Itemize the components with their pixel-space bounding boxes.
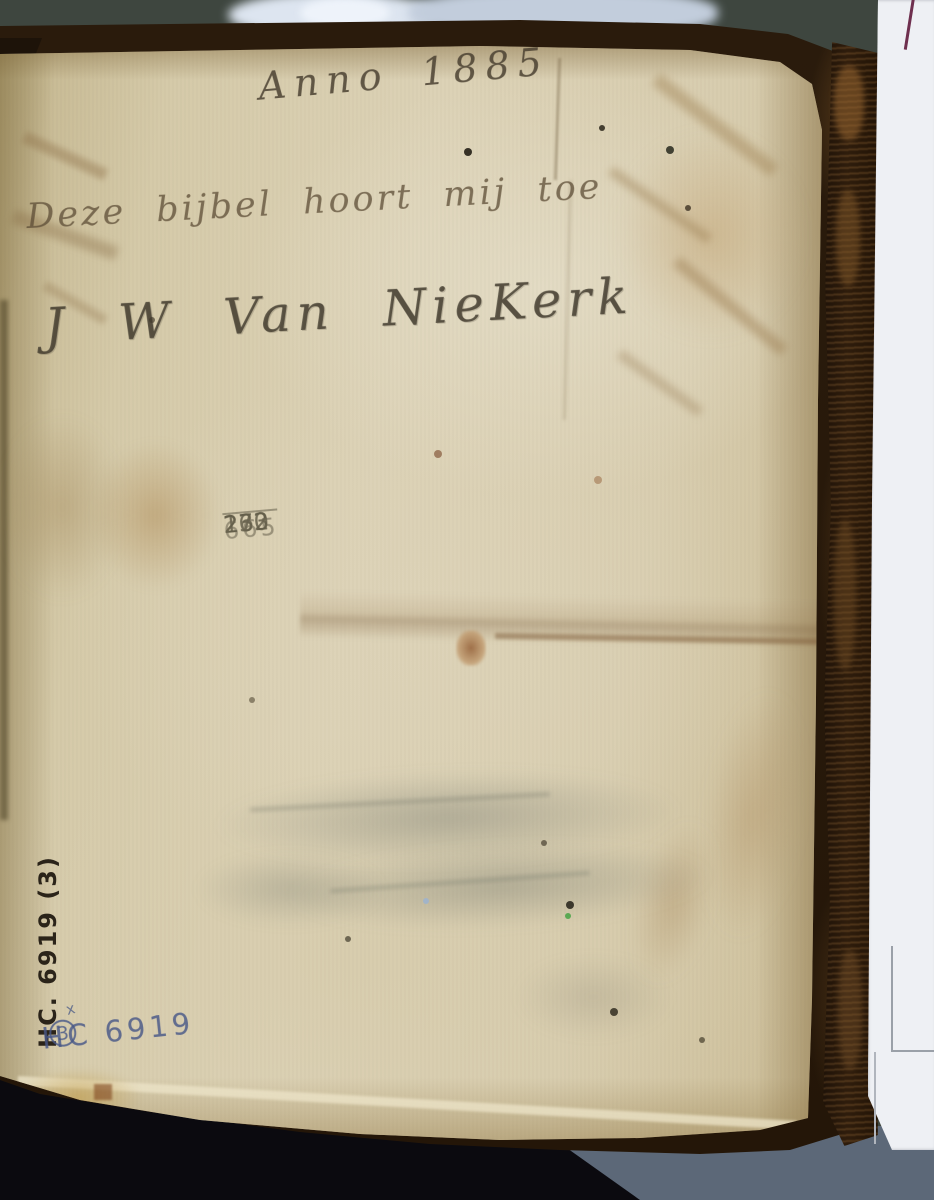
spine-wear-patch (834, 66, 864, 140)
parchment-page: Anno 1885 Deze bijbel hoort mij toe J W … (0, 0, 934, 1200)
spine-wear-patch (834, 520, 856, 670)
stain-spot (456, 630, 486, 666)
paper-edge-line (891, 1050, 934, 1052)
paper-edge-line (891, 946, 893, 1052)
spine-wear-patch (838, 950, 862, 1070)
stain-spot (94, 1084, 112, 1100)
pencil-addition-sum: 160 232 273 665 (222, 505, 296, 511)
ghost-smudge (516, 956, 671, 1038)
inscription-ownership: Deze bijbel hoort mij toe (25, 167, 603, 237)
book-photo: Anno 1885 Deze bijbel hoort mij toe J W … (0, 0, 934, 1200)
spine-wear-patch (836, 190, 860, 286)
catalog-blue-mark: x (64, 999, 77, 1019)
sum-total: 665 (222, 508, 279, 546)
stain-streak (617, 350, 704, 417)
paper-edge-line (874, 1052, 876, 1144)
inscription-signature: J W Van NieKerk (43, 267, 635, 356)
stain (88, 438, 223, 593)
